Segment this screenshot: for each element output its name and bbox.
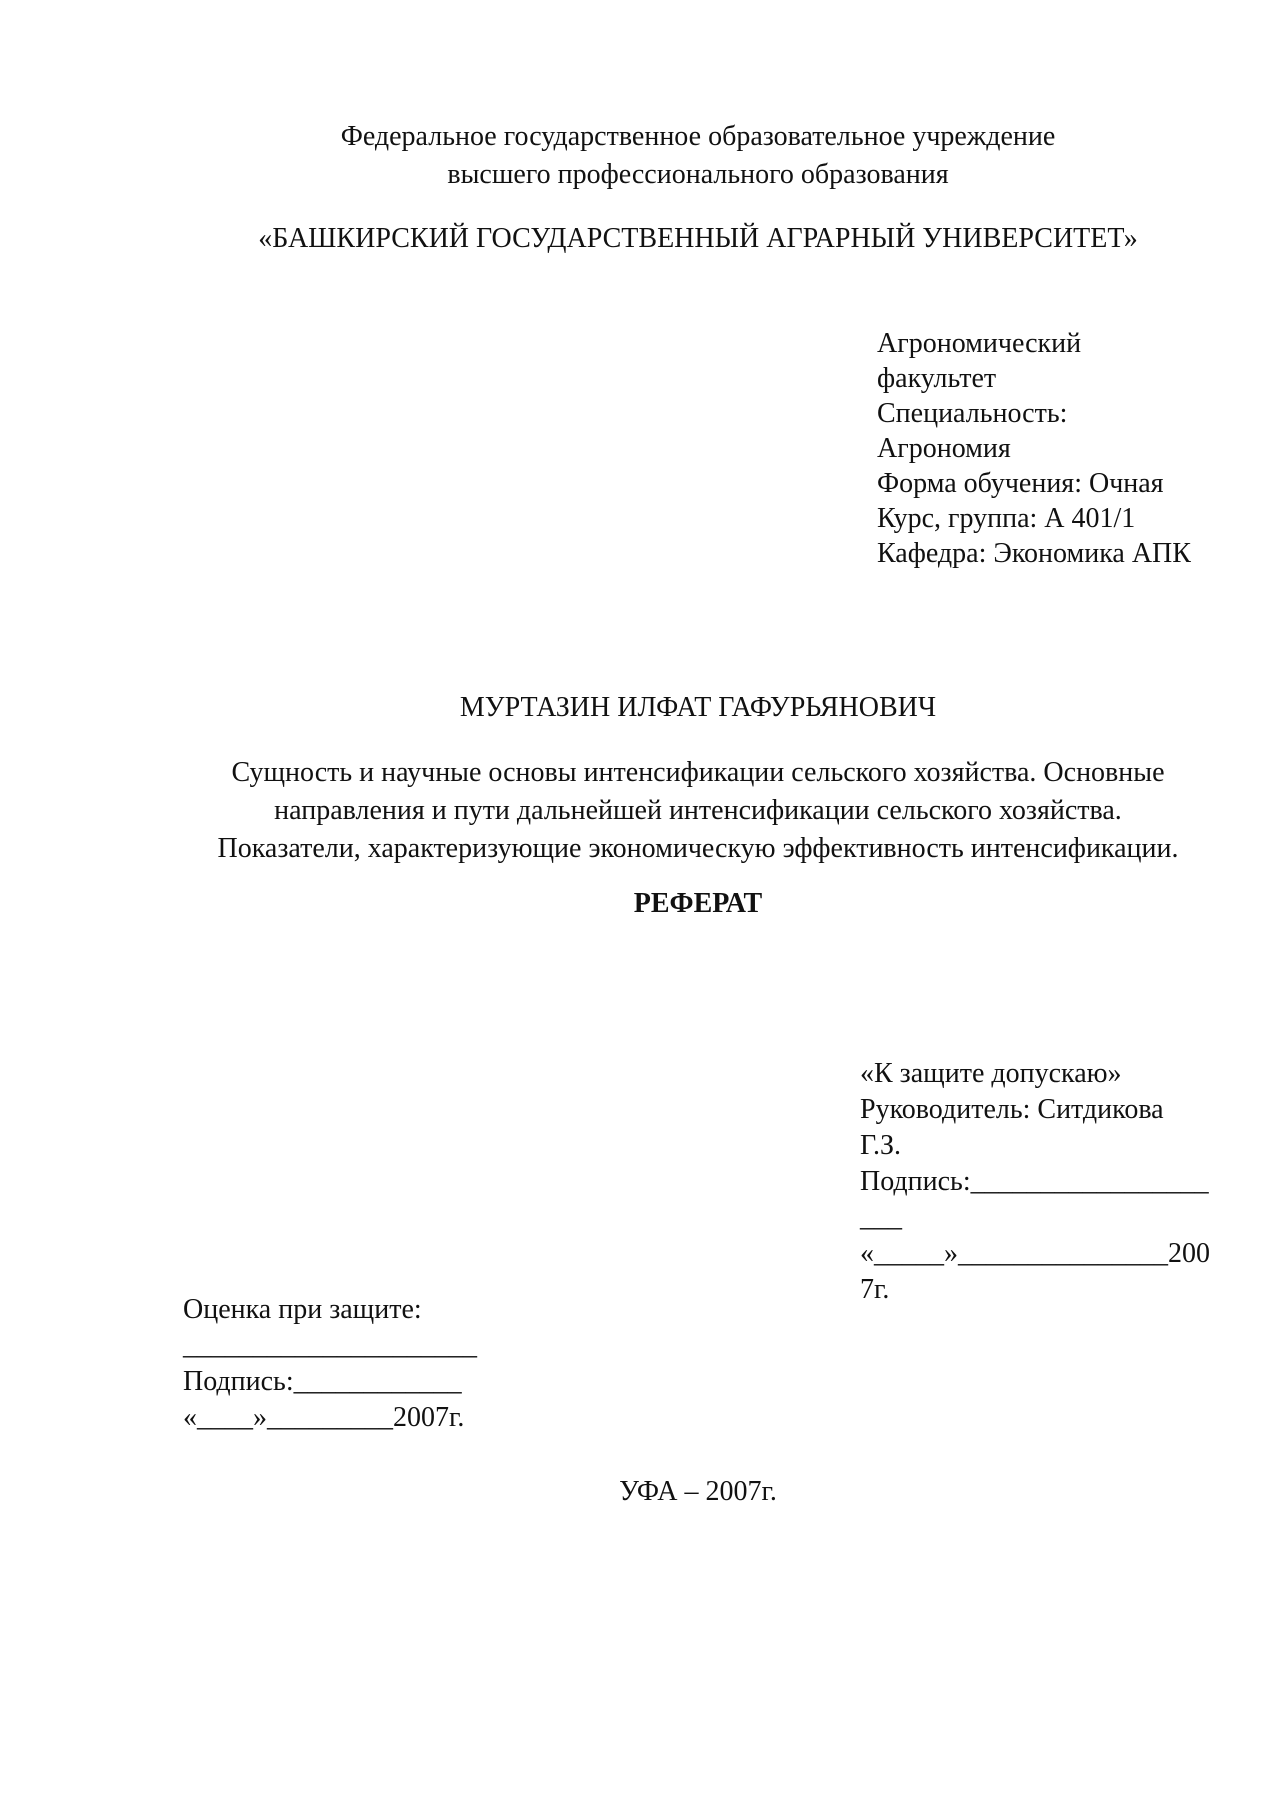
faculty-line: Агрономический [877, 326, 1191, 361]
approval-line: Г.З. [860, 1128, 1210, 1164]
author-name: МУРТАЗИН ИЛФАТ ГАФУРЬЯНОВИЧ [185, 690, 1211, 726]
thesis-title-line: направления и пути дальнейшей интенсифик… [185, 792, 1211, 830]
document-page: Федеральное государственное образователь… [0, 0, 1280, 1811]
thesis-title: Сущность и научные основы интенсификации… [185, 754, 1211, 868]
thesis-title-line: Показатели, характеризующие экономическу… [185, 830, 1211, 868]
faculty-line: Курс, группа: А 401/1 [877, 501, 1191, 536]
approval-signature-line: ___ [860, 1200, 1210, 1236]
faculty-line: Форма обучения: Очная [877, 466, 1191, 501]
faculty-line: Кафедра: Экономика АПК [877, 536, 1191, 571]
grade-label: Оценка при защите: [183, 1292, 477, 1328]
grade-date-line: «____»_________2007г. [183, 1400, 477, 1436]
org-line-1: Федеральное государственное образователь… [185, 118, 1211, 156]
faculty-block: Агрономический факультет Специальность: … [877, 326, 1191, 571]
grade-signature-line: Подпись:____________ [183, 1364, 477, 1400]
grade-block: Оценка при защите: _____________________… [183, 1292, 477, 1436]
thesis-title-line: Сущность и научные основы интенсификации… [185, 754, 1211, 792]
approval-date-line: «_____»_______________200 [860, 1236, 1210, 1272]
doc-type-heading: РЕФЕРАТ [185, 886, 1211, 922]
org-line-2: высшего профессионального образования [185, 156, 1211, 194]
org-header: Федеральное государственное образователь… [185, 118, 1211, 194]
faculty-line: Агрономия [877, 431, 1191, 466]
approval-block: «К защите допускаю» Руководитель: Ситдик… [860, 1056, 1210, 1308]
faculty-line: факультет [877, 361, 1191, 396]
faculty-line: Специальность: [877, 396, 1191, 431]
grade-blank-line: _____________________ [183, 1328, 477, 1364]
approval-line: «К защите допускаю» [860, 1056, 1210, 1092]
approval-line: Руководитель: Ситдикова [860, 1092, 1210, 1128]
city-year: УФА – 2007г. [185, 1474, 1211, 1510]
university-name: «БАШКИРСКИЙ ГОСУДАРСТВЕННЫЙ АГРАРНЫЙ УНИ… [185, 220, 1211, 258]
approval-date-line: 7г. [860, 1272, 1210, 1308]
approval-signature-line: Подпись:_________________ [860, 1164, 1210, 1200]
